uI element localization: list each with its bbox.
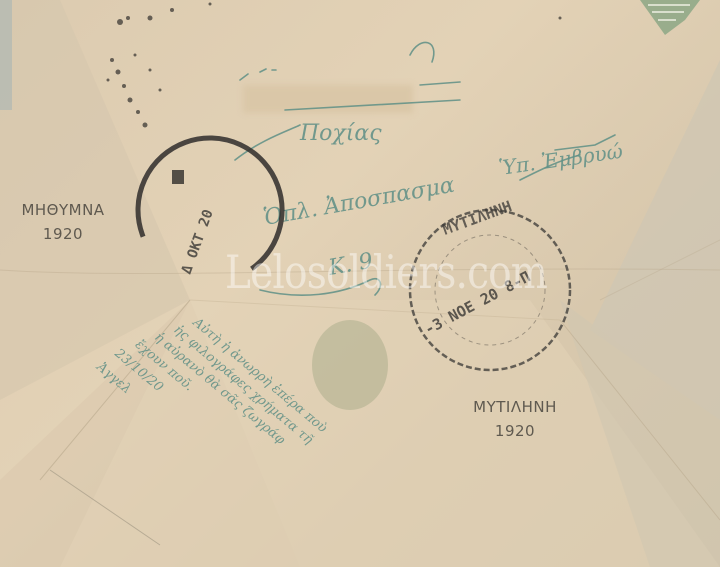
svg-text:Δ ΟΚΤ 20: Δ ΟΚΤ 20 (179, 208, 217, 277)
watermark: Lelosoldiers.com (225, 245, 547, 299)
place-label: ΜΥΤΙΛΗΝΗ (465, 395, 565, 419)
svg-text:ΜΥΤΙΛΗΝΗ: ΜΥΤΙΛΗΝΗ (440, 197, 514, 239)
year-label: 1920 (18, 222, 108, 246)
pencil-note-methymna: ΜΗΘΥΜΝΑ 1920 (18, 198, 108, 246)
place-label: ΜΗΘΥΜΝΑ (18, 198, 108, 222)
pencil-note-mytilene: ΜΥΤΙΛΗΝΗ 1920 (465, 395, 565, 443)
envelope-photo: Ποχίας Ὑπ. Ἐμβρυώ Ὁπλ. Ἀποσπασμα Κ. 9 Αὐ… (0, 0, 720, 567)
year-label: 1920 (465, 419, 565, 443)
